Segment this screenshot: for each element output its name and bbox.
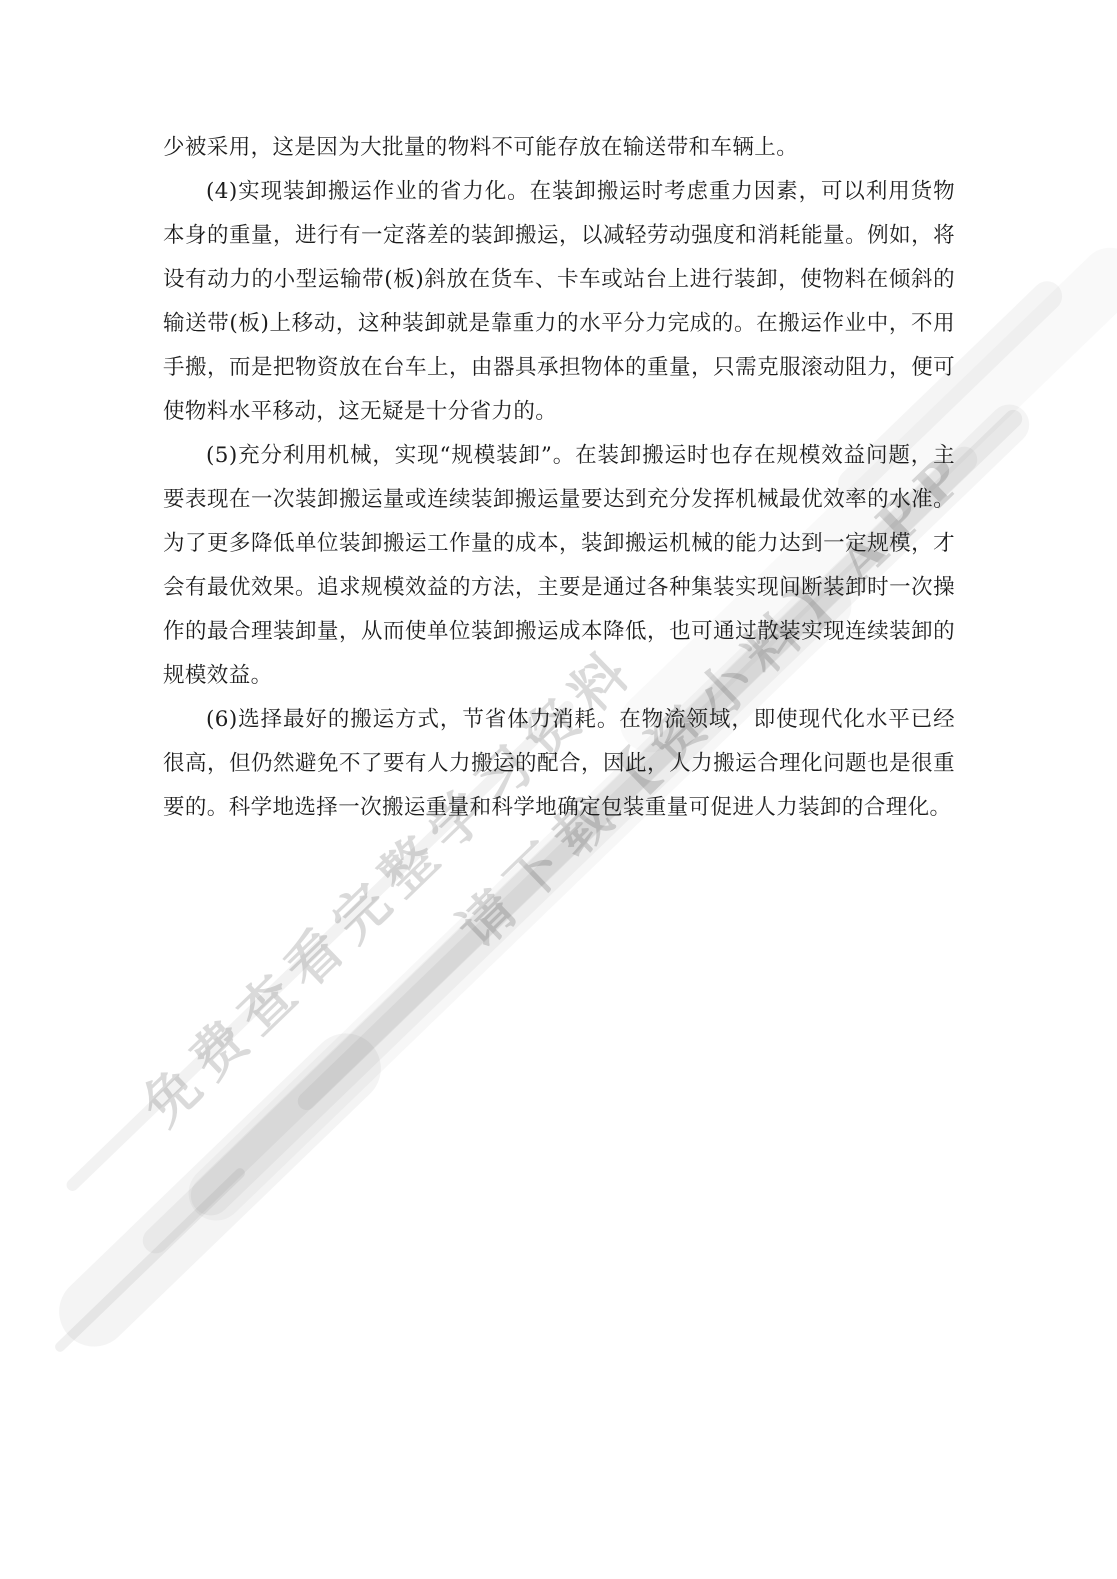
paragraph: 少被采用，这是因为大批量的物料不可能存放在输送带和车辆上。 xyxy=(163,126,955,170)
paragraph: (6)选择最好的搬运方式，节省体力消耗。在物流领域，即使现代化水平已经很高，但仍… xyxy=(163,698,955,830)
brush-stroke xyxy=(53,1166,247,1354)
document-page: 免费查看完整学习资料 请下载【资小料】APP 少被采用，这是因为大批量的物料不可… xyxy=(0,0,1117,1579)
paragraph: (5)充分利用机械，实现“规模装卸”。在装卸搬运时也存在规模效益问题，主要表现在… xyxy=(163,434,955,698)
text-content: 少被采用，这是因为大批量的物料不可能存放在输送带和车辆上。 (4)实现装卸搬运作… xyxy=(163,126,955,830)
paragraph: (4)实现装卸搬运作业的省力化。在装卸搬运时考虑重力因素，可以利用货物本身的重量… xyxy=(163,170,955,434)
brush-stroke xyxy=(45,1019,396,1361)
